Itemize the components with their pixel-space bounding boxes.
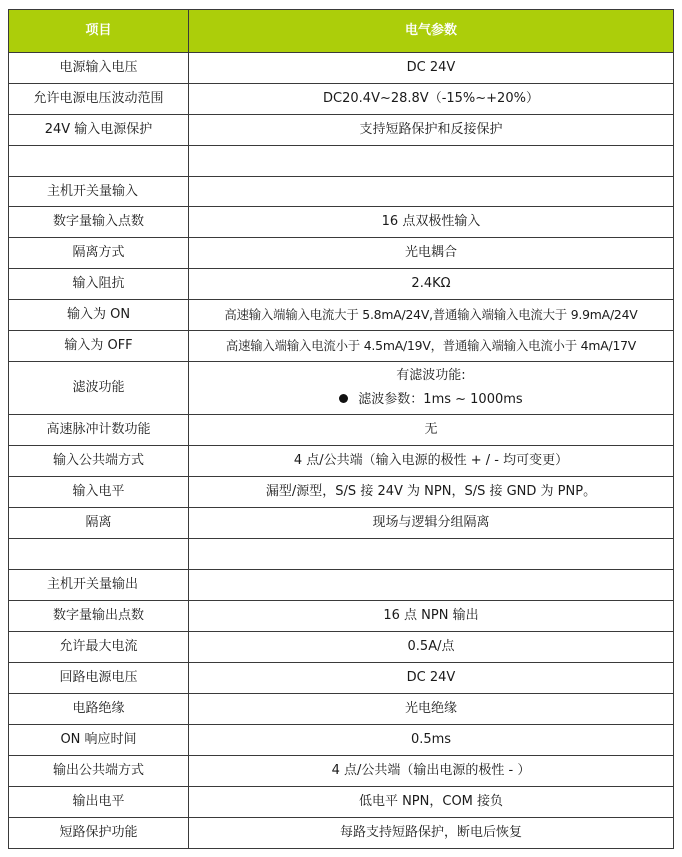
row-label: 滤波功能 — [9, 361, 189, 414]
table-row: 输出公共端方式 4 点/公共端（输出电源的极性 - ） — [9, 755, 674, 786]
row-label: 回路电源电压 — [9, 662, 189, 693]
table-row: 输入为 ON 高速输入端输入电流大于 5.8mA/24V,普通输入端输入电流大于… — [9, 300, 674, 331]
row-value-filter: 有滤波功能: 滤波参数：1ms ~ 1000ms — [189, 361, 674, 414]
table-row: 输入公共端方式 4 点/公共端（输入电源的极性 + / - 均可变更） — [9, 445, 674, 476]
row-label — [9, 145, 189, 176]
row-label: 允许电源电压波动范围 — [9, 83, 189, 114]
row-value: DC 24V — [189, 53, 674, 84]
row-value — [189, 145, 674, 176]
row-label: 隔离 — [9, 507, 189, 538]
row-label: 数字量输入点数 — [9, 207, 189, 238]
row-value: DC20.4V~28.8V（-15%~+20%） — [189, 83, 674, 114]
table-row: 数字量输入点数 16 点双极性输入 — [9, 207, 674, 238]
table-row-blank — [9, 538, 674, 569]
table-row-blank — [9, 145, 674, 176]
table-row: 数字量输出点数 16 点 NPN 输出 — [9, 600, 674, 631]
table-row: 电路绝缘 光电绝缘 — [9, 693, 674, 724]
row-label: 输入为 ON — [9, 300, 189, 331]
filter-line2: 滤波参数：1ms ~ 1000ms — [193, 392, 669, 408]
row-value: 光电绝缘 — [189, 693, 674, 724]
table-row: 隔离 现场与逻辑分组隔离 — [9, 507, 674, 538]
row-value — [189, 538, 674, 569]
row-label: 输入为 OFF — [9, 331, 189, 362]
header-item: 项目 — [9, 10, 189, 53]
table-row: 高速脉冲计数功能 无 — [9, 414, 674, 445]
row-value: 4 点/公共端（输入电源的极性 + / - 均可变更） — [189, 445, 674, 476]
section-label: 主机开关量输入 — [9, 176, 189, 207]
row-label: 允许最大电流 — [9, 631, 189, 662]
row-value: 4 点/公共端（输出电源的极性 - ） — [189, 755, 674, 786]
row-value: 支持短路保护和反接保护 — [189, 114, 674, 145]
table-row: 输出电平 低电平 NPN，COM 接负 — [9, 786, 674, 817]
row-label: 数字量输出点数 — [9, 600, 189, 631]
row-label: 输入阻抗 — [9, 269, 189, 300]
table-header-row: 项目 电气参数 — [9, 10, 674, 53]
row-label: 短路保护功能 — [9, 817, 189, 848]
row-label: 高速脉冲计数功能 — [9, 414, 189, 445]
row-value: 16 点双极性输入 — [189, 207, 674, 238]
row-label: 输入电平 — [9, 476, 189, 507]
table-row: 允许电源电压波动范围 DC20.4V~28.8V（-15%~+20%） — [9, 83, 674, 114]
row-label: 输出电平 — [9, 786, 189, 817]
row-value: 16 点 NPN 输出 — [189, 600, 674, 631]
row-value — [189, 176, 674, 207]
row-value: 2.4KΩ — [189, 269, 674, 300]
row-label: ON 响应时间 — [9, 724, 189, 755]
table-row-filter: 滤波功能 有滤波功能: 滤波参数：1ms ~ 1000ms — [9, 361, 674, 414]
table-row: 输入阻抗 2.4KΩ — [9, 269, 674, 300]
table-row: 输入为 OFF 高速输入端输入电流小于 4.5mA/19V，普通输入端输入电流小… — [9, 331, 674, 362]
row-label: 24V 输入电源保护 — [9, 114, 189, 145]
row-value: 每路支持短路保护，断电后恢复 — [189, 817, 674, 848]
table-row: 隔离方式 光电耦合 — [9, 238, 674, 269]
row-value: 0.5ms — [189, 724, 674, 755]
row-value: 低电平 NPN，COM 接负 — [189, 786, 674, 817]
row-value: DC 24V — [189, 662, 674, 693]
header-param: 电气参数 — [189, 10, 674, 53]
filter-line1: 有滤波功能: — [193, 368, 669, 384]
row-label: 输出公共端方式 — [9, 755, 189, 786]
section-row-output: 主机开关量输出 — [9, 569, 674, 600]
row-value — [189, 569, 674, 600]
section-label: 主机开关量输出 — [9, 569, 189, 600]
row-value: 0.5A/点 — [189, 631, 674, 662]
row-label: 电源输入电压 — [9, 53, 189, 84]
row-value: 光电耦合 — [189, 238, 674, 269]
table-row: 24V 输入电源保护 支持短路保护和反接保护 — [9, 114, 674, 145]
row-label: 隔离方式 — [9, 238, 189, 269]
table-row: 输入电平 漏型/源型，S/S 接 24V 为 NPN，S/S 接 GND 为 P… — [9, 476, 674, 507]
table-row: ON 响应时间 0.5ms — [9, 724, 674, 755]
table-row: 允许最大电流 0.5A/点 — [9, 631, 674, 662]
row-label — [9, 538, 189, 569]
section-row-input: 主机开关量输入 — [9, 176, 674, 207]
table-row: 电源输入电压 DC 24V — [9, 53, 674, 84]
row-label: 输入公共端方式 — [9, 445, 189, 476]
row-value: 现场与逻辑分组隔离 — [189, 507, 674, 538]
row-value: 高速输入端输入电流大于 5.8mA/24V,普通输入端输入电流大于 9.9mA/… — [189, 300, 674, 331]
bullet-icon — [339, 394, 348, 403]
row-value: 高速输入端输入电流小于 4.5mA/19V，普通输入端输入电流小于 4mA/17… — [189, 331, 674, 362]
row-value: 无 — [189, 414, 674, 445]
table-row: 短路保护功能 每路支持短路保护，断电后恢复 — [9, 817, 674, 848]
filter-params: 滤波参数：1ms ~ 1000ms — [358, 392, 522, 407]
row-value: 漏型/源型，S/S 接 24V 为 NPN，S/S 接 GND 为 PNP。 — [189, 476, 674, 507]
row-label: 电路绝缘 — [9, 693, 189, 724]
electrical-spec-table: 项目 电气参数 电源输入电压 DC 24V 允许电源电压波动范围 DC20.4V… — [8, 9, 674, 849]
table-row: 回路电源电压 DC 24V — [9, 662, 674, 693]
